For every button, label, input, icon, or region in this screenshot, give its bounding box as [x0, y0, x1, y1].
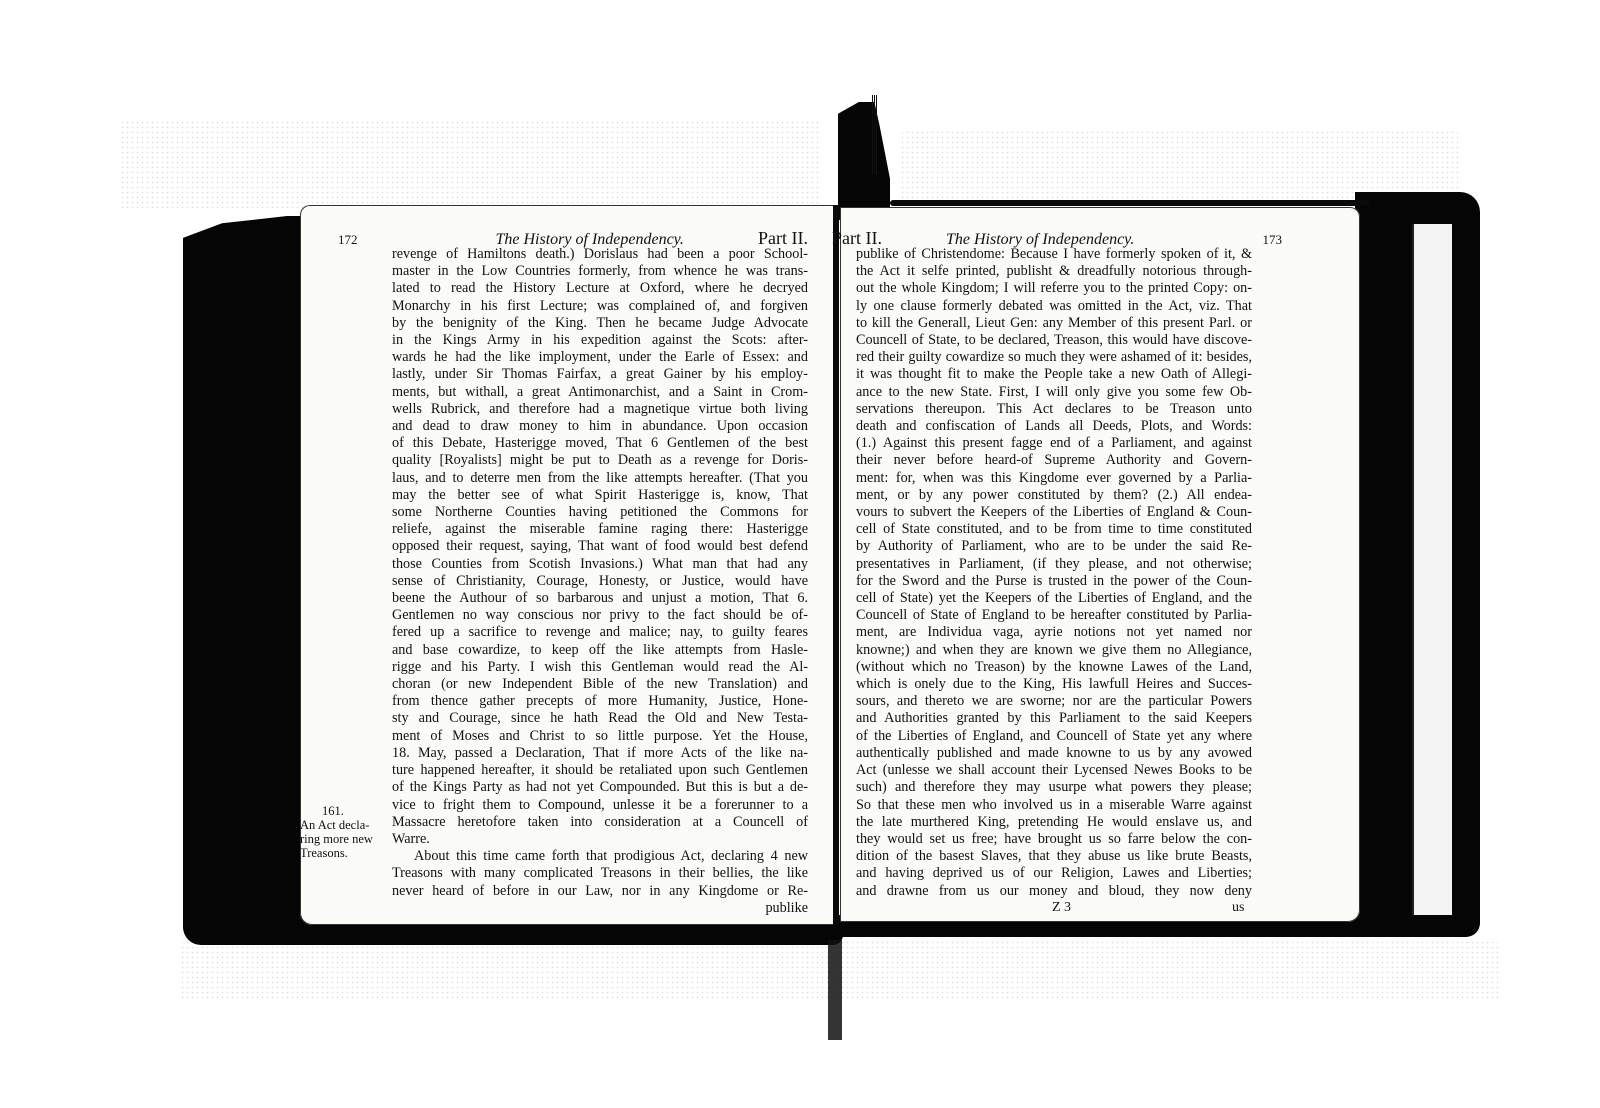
text-line: of the Kings Party as had not yet Compou…	[392, 779, 808, 796]
text-line: sty and Courage, since he hath Read the …	[392, 710, 808, 727]
text-line: of the Liberties of England, and Councel…	[856, 728, 1252, 745]
text-line: lastly, under Sir Thomas Fairfax, a grea…	[392, 366, 808, 383]
text-line: some Northerne Counties having petitione…	[392, 504, 808, 521]
text-line: fered up a sacrifice to revenge and mali…	[392, 624, 808, 641]
catchword: us	[1232, 900, 1244, 916]
book-cover-left	[183, 216, 313, 944]
text-line: knowne;) and when they are known we give…	[856, 642, 1252, 659]
text-line: death and confiscation of Lands all Deed…	[856, 418, 1252, 435]
text-line: such) and therefore they may usurpe what…	[856, 779, 1252, 796]
right-page-number: 173	[1263, 232, 1283, 248]
margin-note-number: 161.	[300, 804, 373, 818]
text-line: servations thereupon. This Act declares …	[856, 401, 1252, 418]
text-line: ly one clause formerly debated was omitt…	[856, 298, 1252, 315]
text-line: choran (or new Independent Bible of the …	[392, 676, 808, 693]
book-page-edges-right	[1412, 224, 1452, 924]
text-line: and base cowardize, to keep off the like…	[392, 642, 808, 659]
text-line: Councell of State of England to be herea…	[856, 607, 1252, 624]
text-line: and having deprived us of our Religion, …	[856, 865, 1252, 882]
text-line: and Authorities granted by this Parliame…	[856, 710, 1252, 727]
text-line: in the Kings Army in his expedition agai…	[392, 332, 808, 349]
scan-noise	[120, 120, 820, 210]
text-line: ments, but withall, a great Antimonarchi…	[392, 384, 808, 401]
text-line: they would set us free; have brought us …	[856, 831, 1252, 848]
text-line: publike of Christendome: Because I have …	[856, 246, 1252, 263]
text-line: rigge and his Party. I wish this Gentlem…	[392, 659, 808, 676]
margin-note-line: An Act decla-	[300, 818, 373, 832]
text-line: reliefe, against the miserable famine ra…	[392, 521, 808, 538]
text-line: ment of Moses and Christ to so little pu…	[392, 728, 808, 745]
text-line: cell of State) yet the Keepers of the Li…	[856, 590, 1252, 607]
signature-mark: Z 3	[1052, 900, 1071, 916]
text-line: cell of State constituted, and to be fro…	[856, 521, 1252, 538]
text-line: Gentlemen no way conscious nor privy to …	[392, 607, 808, 624]
text-line: authentically published and made knowne …	[856, 745, 1252, 762]
text-line: vours to subvert the Keepers of the Libe…	[856, 504, 1252, 521]
text-line: dition of the basest Slaves, that they a…	[856, 848, 1252, 865]
text-line: Monarchy in his first Lecture; was compl…	[392, 298, 808, 315]
text-line: ture happened hereafter, it should be re…	[392, 762, 808, 779]
text-line: red their guilty cowardize so much they …	[856, 349, 1252, 366]
book-gutter	[833, 205, 839, 925]
text-line: the Act it selfe printed, publisht & dre…	[856, 263, 1252, 280]
text-line: beene the Authour of so barbarous and un…	[392, 590, 808, 607]
text-line: 18. May, passed a Declaration, That if m…	[392, 745, 808, 762]
text-line: Act (unlesse we shall account their Lyce…	[856, 762, 1252, 779]
margin-note-line: Treasons.	[300, 846, 373, 860]
text-line: to kill the Generall, Lieut Gen: any Mem…	[856, 315, 1252, 332]
text-line: wards he had the like imployment, under …	[392, 349, 808, 366]
text-line: the late murthered King, pretending He w…	[856, 814, 1252, 831]
text-line: quality [Royalists] might be put to Deat…	[392, 452, 808, 469]
text-line: About this time came forth that prodigio…	[392, 848, 808, 865]
catchword: publike	[392, 900, 808, 917]
text-line: which is onely due to the King, His lawf…	[856, 676, 1252, 693]
text-line: Warre.	[392, 831, 808, 848]
text-line: ment, are Individua vaga, ayrie notions …	[856, 624, 1252, 641]
text-line: never heard of before in our Law, nor in…	[392, 883, 808, 900]
text-line: Councell of State, to be declared, Treas…	[856, 332, 1252, 349]
text-line: sense of Christianity, Courage, Honesty,…	[392, 573, 808, 590]
right-page-top-edge	[890, 200, 1370, 206]
text-line: for the Sword and the Purse is trusted i…	[856, 573, 1252, 590]
text-line: and dead to draw money to him in abundan…	[392, 418, 808, 435]
text-line: and drawne from us our money and bloud, …	[856, 883, 1252, 900]
right-page-body: publike of Christendome: Because I have …	[856, 246, 1252, 900]
text-line: ance to the new State. First, I will onl…	[856, 384, 1252, 401]
text-line: opposed their request, saying, That want…	[392, 538, 808, 555]
left-page-body: revenge of Hamiltons death.) Dorislaus h…	[392, 246, 808, 917]
margin-note: 161. An Act decla- ring more new Treason…	[300, 804, 373, 860]
text-line: revenge of Hamiltons death.) Dorislaus h…	[392, 246, 808, 263]
text-line: sours, and thereto we are sworne; nor ar…	[856, 693, 1252, 710]
text-line: by the benignity of the King. Then he be…	[392, 315, 808, 332]
text-line: ment: for, when was this Kingdome ever g…	[856, 470, 1252, 487]
spine-streak	[872, 95, 878, 175]
text-line: lated to read the History Lecture at Oxf…	[392, 280, 808, 297]
text-line: Treasons with many complicated Treasons …	[392, 865, 808, 882]
text-line: So that these men who involved us in a m…	[856, 797, 1252, 814]
text-line: ment, or by any power constituted by the…	[856, 487, 1252, 504]
text-line: vice to fright them to Compound, unlesse…	[392, 797, 808, 814]
text-line: it was thought fit to make the People ta…	[856, 366, 1252, 383]
text-line: master in the Low Countries formerly, fr…	[392, 263, 808, 280]
text-line: their never before heard-of Supreme Auth…	[856, 452, 1252, 469]
margin-note-line: ring more new	[300, 832, 373, 846]
text-line: from thence gather precepts of more Huma…	[392, 693, 808, 710]
text-line: Massacre heretofore taken into considera…	[392, 814, 808, 831]
text-line: (without which no Treason) by the knowne…	[856, 659, 1252, 676]
text-line: may the better see of what Spirit Haster…	[392, 487, 808, 504]
text-line: those Counties from Scotish Invasions.) …	[392, 556, 808, 573]
text-line: by Authority of Parliament, who are to b…	[856, 538, 1252, 555]
text-line: presentatives in Parliament, (if they pl…	[856, 556, 1252, 573]
text-line: of this Debate, Hasterigge moved, That 6…	[392, 435, 808, 452]
text-line: laus, and to deterre men from the like a…	[392, 470, 808, 487]
left-page-number: 172	[338, 232, 358, 248]
text-line: out the whole Kingdom; I will referre yo…	[856, 280, 1252, 297]
book-spine-bottom	[828, 940, 842, 1040]
book-spine-top	[838, 102, 890, 220]
text-line: (1.) Against this present fagge end of a…	[856, 435, 1252, 452]
text-line: wells Rubrick, and therefore had a magne…	[392, 401, 808, 418]
